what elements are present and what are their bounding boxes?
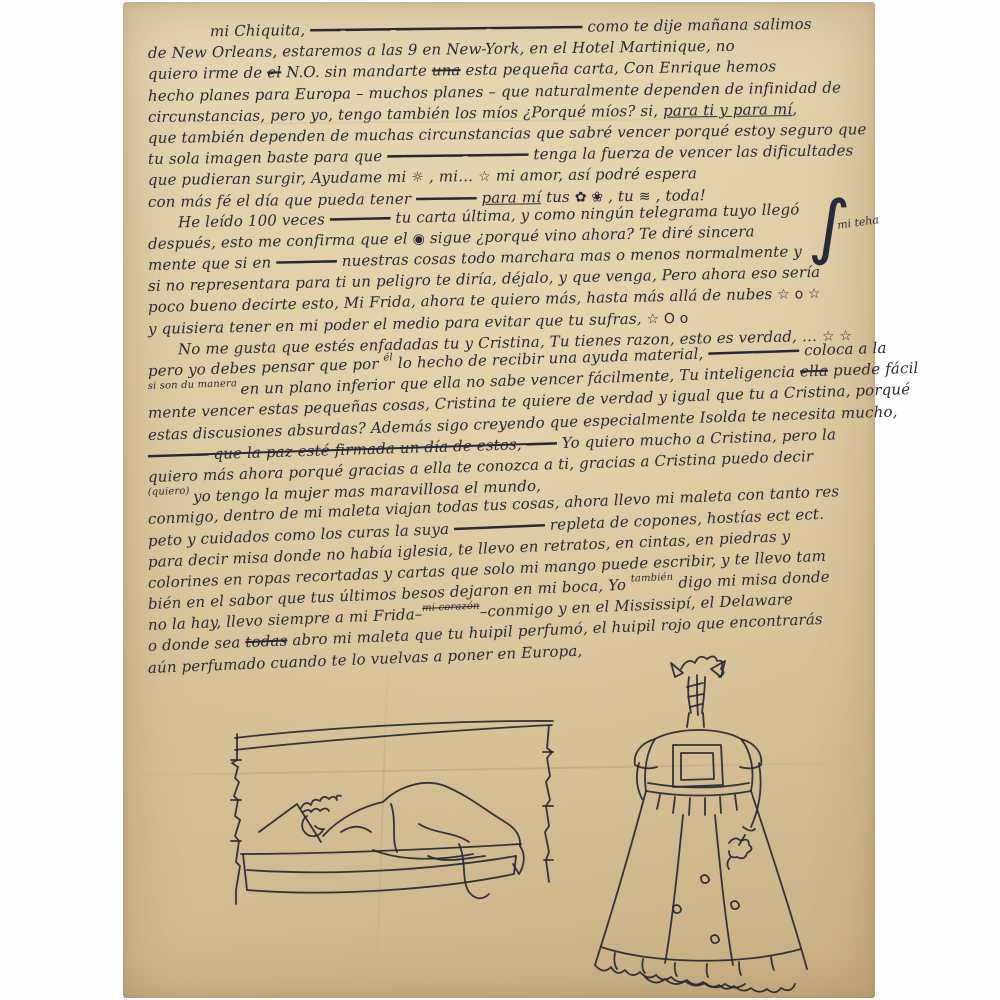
text-segment: quiero irme de (148, 64, 267, 83)
letter-photo: mi Chiquita, ―― ――― ―――――― ―――――― como t… (0, 0, 1000, 1000)
tehuana-woman-sketch (585, 647, 815, 998)
text-segment: puede fácil (828, 359, 919, 380)
text-segment: N.O. sin mandarte (281, 62, 432, 82)
text-segment: para ti y para mí (663, 100, 792, 120)
margin-annotation: ∫ mi teha (811, 190, 849, 262)
text-segment: ―――― (416, 188, 477, 207)
inline-doodle-glyph: ☆ (478, 169, 491, 185)
text-segment: ―――― (330, 209, 391, 228)
ink-blot (213, 927, 363, 997)
text-segment: coloca a la (799, 339, 887, 360)
text-segment: tus (541, 187, 575, 205)
text-segment: que pudieran surgir, Ayudame mi (148, 168, 412, 189)
text-segment: ―― ――― ―――――― ―――――― (310, 18, 583, 39)
inline-doodle-glyph: ☆ O o (646, 310, 688, 327)
text-segment: tu sola imagen baste para que (148, 147, 388, 168)
inline-doodle-glyph: ☆ o ☆ (777, 286, 821, 303)
text-segment: una (432, 62, 461, 80)
text-segment: el (267, 64, 281, 82)
text-segment: como te dije mañana salimos (582, 15, 811, 36)
letter-paper: mi Chiquita, ―― ――― ―――――― ―――――― como t… (123, 2, 875, 998)
text-segment: todas (245, 632, 288, 652)
text-segment: ella (800, 362, 829, 381)
text-segment: ―――― (276, 252, 337, 271)
inline-doodle-glyph: ◉ (412, 231, 425, 247)
text-segment: mi amor, así podré espera (491, 165, 697, 186)
text-segment: tenga la fuerza de vencer las dificultad… (528, 142, 853, 164)
text-segment: mi corazón (422, 601, 480, 614)
text-segment: ――――― ―――― (387, 145, 528, 165)
letter-body: mi Chiquita, ―― ――― ―――――― ―――――― como t… (148, 22, 856, 679)
text-segment: , mi… (424, 167, 478, 186)
text-segment: mi Chiquita, (210, 21, 310, 40)
text-segment: He leído 100 veces (178, 210, 330, 231)
text-segment: esta pequeña carta, Con Enrique hemos (460, 58, 776, 80)
text-segment: para mí (481, 188, 541, 207)
text-segment: él (383, 352, 393, 363)
inline-doodle-glyph: ☼ (411, 170, 424, 186)
text-segment: ―――――― (454, 516, 546, 538)
text-segment: si son du manera (148, 378, 241, 392)
text-segment: (quiero) (148, 486, 193, 498)
text-segment: , (792, 100, 797, 118)
bed-sketch (223, 704, 568, 909)
text-segment: también (631, 572, 674, 585)
text-segment: ―――――― (708, 342, 799, 363)
text-segment: o donde sea (148, 634, 246, 656)
text-segment: mente que si en (148, 253, 277, 274)
